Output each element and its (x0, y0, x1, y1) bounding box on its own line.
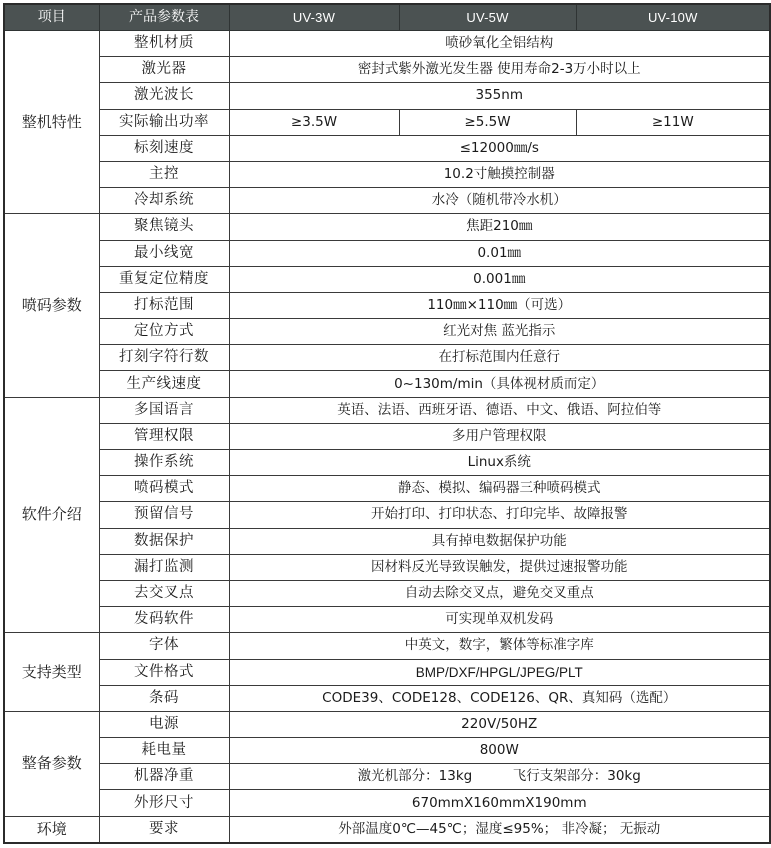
table-row: 生产线速度 0~130m/min（具体视材质而定） (4, 371, 770, 397)
table-row: 数据保护 具有掉电数据保护功能 (4, 528, 770, 554)
param-value: ≤12000㎜/s (229, 135, 770, 161)
param-value: 0~130m/min（具体视材质而定） (229, 371, 770, 397)
param-value: 红光对焦 蓝光指示 (229, 319, 770, 345)
table-row: 实际输出功率 ≥3.5W ≥5.5W ≥11W (4, 109, 770, 135)
param-value: 喷砂氧化全铝结构 (229, 31, 770, 57)
param-label: 激光波长 (99, 83, 229, 109)
header-params: 产品参数表 (99, 4, 229, 31)
group-label-equipment-params: 整备参数 (4, 711, 99, 816)
param-label: 标刻速度 (99, 135, 229, 161)
table-row: 打标范围 110㎜×110㎜（可选） (4, 292, 770, 318)
param-value: 0.001㎜ (229, 266, 770, 292)
table-row: 激光波长 355nm (4, 83, 770, 109)
param-label: 电源 (99, 711, 229, 737)
table-row: 最小线宽 0.01㎜ (4, 240, 770, 266)
table-row: 冷却系统 水冷（随机带冷水机） (4, 188, 770, 214)
param-value: 外部温度0℃—45℃；湿度≤95%； 非冷凝； 无振动 (229, 816, 770, 843)
param-value: 800W (229, 738, 770, 764)
table-row: 耗电量 800W (4, 738, 770, 764)
table-row: 整机特性 整机材质 喷砂氧化全铝结构 (4, 31, 770, 57)
group-label-software: 软件介绍 (4, 397, 99, 633)
table-row: 预留信号 开始打印、打印状态、打印完毕、故障报警 (4, 502, 770, 528)
table-row: 条码 CODE39、CODE128、CODE126、QR、真知码（选配） (4, 685, 770, 711)
param-label: 主控 (99, 161, 229, 187)
param-value: 英语、法语、西班牙语、德语、中文、俄语、阿拉伯等 (229, 397, 770, 423)
param-label: 要求 (99, 816, 229, 843)
param-value: 激光机部分：13kg 飞行支架部分：30kg (229, 764, 770, 790)
power-value-uv5w: ≥5.5W (399, 109, 576, 135)
param-label: 操作系统 (99, 450, 229, 476)
param-label: 重复定位精度 (99, 266, 229, 292)
param-label: 管理权限 (99, 423, 229, 449)
group-label-supported-types: 支持类型 (4, 633, 99, 712)
header-model-uv3w: UV-3W (229, 4, 399, 31)
param-value: 自动去除交叉点，避免交叉重点 (229, 580, 770, 606)
table-row: 支持类型 字体 中英文，数字，繁体等标准字库 (4, 633, 770, 659)
table-row: 整备参数 电源 220V/50HZ (4, 711, 770, 737)
header-row: 项目 产品参数表 UV-3W UV-5W UV-10W (4, 4, 770, 31)
param-label: 数据保护 (99, 528, 229, 554)
param-label: 多国语言 (99, 397, 229, 423)
table-row: 主控 10.2寸触摸控制器 (4, 161, 770, 187)
param-value: 多用户管理权限 (229, 423, 770, 449)
param-value: 355nm (229, 83, 770, 109)
param-value: 0.01㎜ (229, 240, 770, 266)
param-label: 最小线宽 (99, 240, 229, 266)
table-row: 操作系统 Linux系统 (4, 450, 770, 476)
param-value: 中英文，数字，繁体等标准字库 (229, 633, 770, 659)
param-label: 生产线速度 (99, 371, 229, 397)
param-label: 聚焦镜头 (99, 214, 229, 240)
table-row: 管理权限 多用户管理权限 (4, 423, 770, 449)
param-value: 水冷（随机带冷水机） (229, 188, 770, 214)
table-row: 外形尺寸 670mmX160mmX190mm (4, 790, 770, 816)
table-row: 机器净重 激光机部分：13kg 飞行支架部分：30kg (4, 764, 770, 790)
table-row: 定位方式 红光对焦 蓝光指示 (4, 319, 770, 345)
table-row: 喷码参数 聚焦镜头 焦距210㎜ (4, 214, 770, 240)
param-value: 密封式紫外激光发生器 使用寿命2-3万小时以上 (229, 57, 770, 83)
table-row: 去交叉点 自动去除交叉点，避免交叉重点 (4, 580, 770, 606)
param-value: 在打标范围内任意行 (229, 345, 770, 371)
param-label: 去交叉点 (99, 580, 229, 606)
param-label: 冷却系统 (99, 188, 229, 214)
group-label-machine-features: 整机特性 (4, 31, 99, 214)
param-label: 打刻字符行数 (99, 345, 229, 371)
param-label: 漏打监测 (99, 554, 229, 580)
param-label: 打标范围 (99, 292, 229, 318)
power-value-uv3w: ≥3.5W (229, 109, 399, 135)
param-value: 220V/50HZ (229, 711, 770, 737)
param-label: 喷码模式 (99, 476, 229, 502)
param-label: 预留信号 (99, 502, 229, 528)
param-label: 定位方式 (99, 319, 229, 345)
table-row: 环境 要求 外部温度0℃—45℃；湿度≤95%； 非冷凝； 无振动 (4, 816, 770, 843)
table-row: 打刻字符行数 在打标范围内任意行 (4, 345, 770, 371)
table-row: 喷码模式 静态、模拟、编码器三种喷码模式 (4, 476, 770, 502)
param-label: 外形尺寸 (99, 790, 229, 816)
param-value: 具有掉电数据保护功能 (229, 528, 770, 554)
param-label: 条码 (99, 685, 229, 711)
param-value: 焦距210㎜ (229, 214, 770, 240)
param-label: 整机材质 (99, 31, 229, 57)
header-model-uv10w: UV-10W (576, 4, 770, 31)
param-label: 耗电量 (99, 738, 229, 764)
param-value: Linux系统 (229, 450, 770, 476)
table-row: 文件格式 BMP/DXF/HPGL/JPEG/PLT (4, 659, 770, 685)
header-item: 项目 (4, 4, 99, 31)
param-value: CODE39、CODE128、CODE126、QR、真知码（选配） (229, 685, 770, 711)
table-row: 漏打监测 因材料反光导致误触发，提供过速报警功能 (4, 554, 770, 580)
param-label: 激光器 (99, 57, 229, 83)
param-label: 字体 (99, 633, 229, 659)
param-label: 发码软件 (99, 607, 229, 633)
param-value: 静态、模拟、编码器三种喷码模式 (229, 476, 770, 502)
param-value: 10.2寸触摸控制器 (229, 161, 770, 187)
power-value-uv10w: ≥11W (576, 109, 770, 135)
param-label: 文件格式 (99, 659, 229, 685)
param-label: 机器净重 (99, 764, 229, 790)
param-value: 110㎜×110㎜（可选） (229, 292, 770, 318)
param-label: 实际输出功率 (99, 109, 229, 135)
product-spec-table: 项目 产品参数表 UV-3W UV-5W UV-10W 整机特性 整机材质 喷砂… (3, 3, 771, 844)
table-row: 软件介绍 多国语言 英语、法语、西班牙语、德语、中文、俄语、阿拉伯等 (4, 397, 770, 423)
header-model-uv5w: UV-5W (399, 4, 576, 31)
group-label-coding-params: 喷码参数 (4, 214, 99, 397)
table-row: 重复定位精度 0.001㎜ (4, 266, 770, 292)
table-row: 激光器 密封式紫外激光发生器 使用寿命2-3万小时以上 (4, 57, 770, 83)
param-value: 可实现单双机发码 (229, 607, 770, 633)
param-value: 开始打印、打印状态、打印完毕、故障报警 (229, 502, 770, 528)
param-value: 670mmX160mmX190mm (229, 790, 770, 816)
param-value: BMP/DXF/HPGL/JPEG/PLT (229, 659, 770, 685)
table-row: 发码软件 可实现单双机发码 (4, 607, 770, 633)
table-row: 标刻速度 ≤12000㎜/s (4, 135, 770, 161)
group-label-environment: 环境 (4, 816, 99, 843)
param-value: 因材料反光导致误触发，提供过速报警功能 (229, 554, 770, 580)
